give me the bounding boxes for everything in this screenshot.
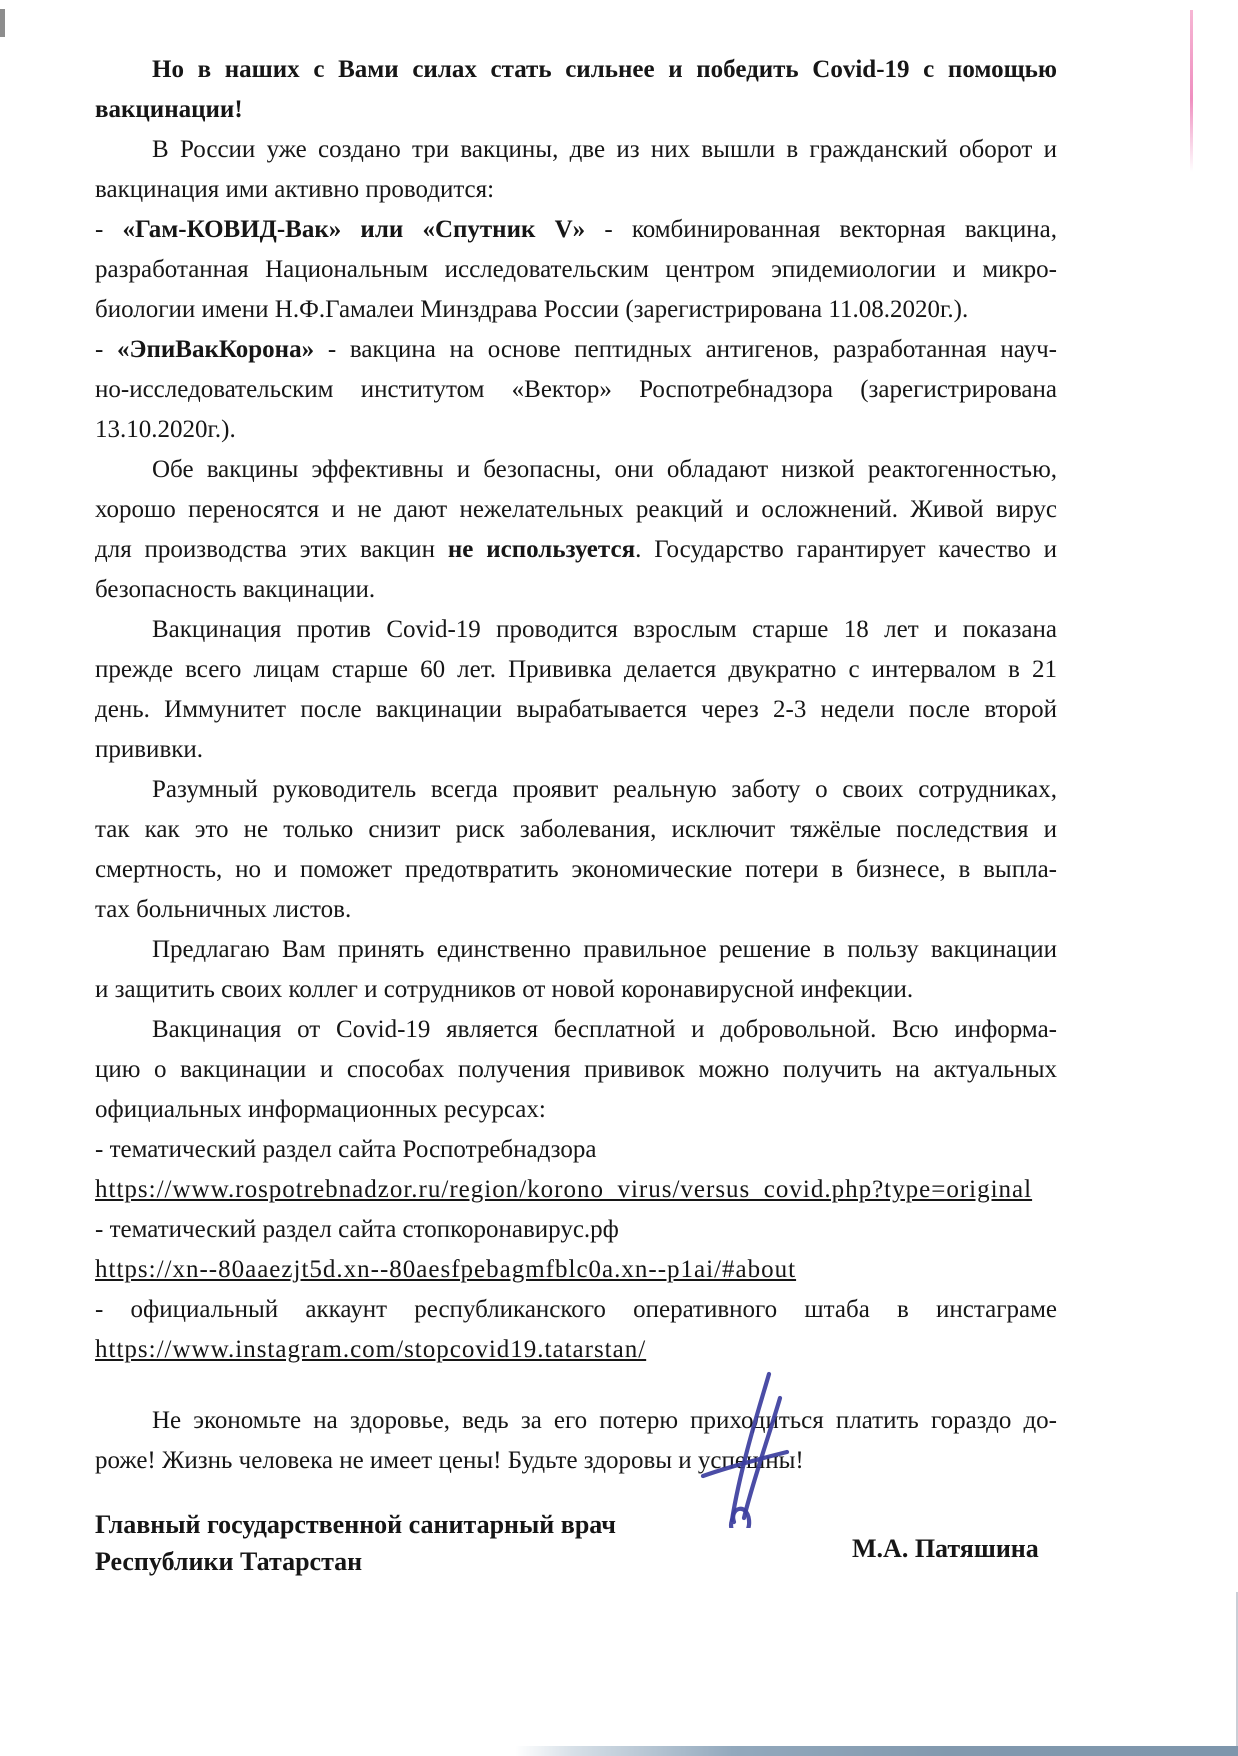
text-segment: - [95,336,117,363]
link-text[interactable]: https://www.instagram.com/stopcovid19.ta… [95,1336,646,1363]
signatory-title: Главный государственной санитарный врач … [95,1506,616,1580]
text-line: прежде всего лицам старше 60 лет. Привив… [95,650,1057,690]
text-segment: прививки. [95,736,203,763]
text-segment: «Гам-КОВИД-Вак» или «Спутник V» [123,216,586,243]
link-text[interactable]: https://xn--80aaezjt5d.xn--80aesfpebagmf… [95,1256,796,1283]
text-segment: - вакцина на основе пептидных антигенов,… [314,336,1057,363]
text-line: - тематический раздел сайта стопкоронави… [95,1210,1057,1250]
text-line: вакцинация ими активно проводится: [95,170,1057,210]
text-segment: и защитить своих коллег и сотрудников от… [95,976,913,1003]
text-segment: хорошо переносятся и не дают нежелательн… [95,496,1057,523]
text-segment: разработанная Национальным исследователь… [95,256,1057,283]
text-segment: для производства этих вакцин [95,536,448,563]
text-line: 13.10.2020г.). [95,410,1057,450]
text-segment: так как это не только снизит риск заболе… [95,816,1057,843]
text-segment: но-исследовательским институтом «Вектор»… [95,376,1057,403]
text-line: и защитить своих коллег и сотрудников от… [95,970,1057,1010]
text-line: безопасность вакцинации. [95,570,1057,610]
text-line: - тематический раздел сайта Роспотребнад… [95,1130,1057,1170]
text-segment: «ЭпиВакКорона» [117,336,314,363]
text-segment: - [95,216,123,243]
signatory-name: М.А. Патяшина [852,1534,1039,1564]
text-segment: тах больничных листов. [95,896,351,923]
text-line: так как это не только снизит риск заболе… [95,810,1057,850]
text-segment: смертность, но и поможет предотвратить э… [95,856,1057,883]
text-segment: безопасность вакцинации. [95,576,375,603]
text-segment: Предлагаю Вам принять единственно правил… [152,936,1057,963]
text-segment: 13.10.2020г.). [95,416,236,443]
text-line: Обе вакцины эффективны и безопасны, они … [95,450,1057,490]
text-segment: биологии имени Н.Ф.Гамалеи Минздрава Рос… [95,296,968,323]
text-line: Вакцинация от Covid-19 является бесплатн… [95,1010,1057,1050]
text-segment: вакцинации! [95,96,243,123]
text-line: цию о вакцинации и способах получения пр… [95,1050,1057,1090]
text-line: смертность, но и поможет предотвратить э… [95,850,1057,890]
text-line: В России уже создано три вакцины, две из… [95,130,1057,170]
text-segment: Разумный руководитель всегда проявит реа… [152,776,1057,803]
text-line: - «ЭпиВакКорона» - вакцина на основе пеп… [95,330,1057,370]
text-segment: - тематический раздел сайта Роспотребнад… [95,1136,596,1163]
text-segment: . Государство гарантирует качество и [635,536,1057,563]
text-line: разработанная Национальным исследователь… [95,250,1057,290]
text-segment: цию о вакцинации и способах получения пр… [95,1056,1057,1083]
text-line: для производства этих вакцин не использу… [95,530,1057,570]
handwritten-signature [685,1368,815,1528]
text-line: хорошо переносятся и не дают нежелательн… [95,490,1057,530]
text-segment: Вакцинация от Covid-19 является бесплатн… [152,1016,1057,1043]
signatory-title-line2: Республики Татарстан [95,1543,616,1580]
link-text[interactable]: https://www.rospotrebnadzor.ru/region/ko… [95,1176,1032,1203]
text-line: официальных информационных ресурсах: [95,1090,1057,1130]
link-rospotrebnadzor[interactable]: https://www.rospotrebnadzor.ru/region/ko… [95,1170,1057,1210]
document-body: Но в наших с Вами силах стать сильнее и … [95,50,1057,1481]
text-line: Не экономьте на здоровье, ведь за его по… [95,1401,1057,1441]
text-line: день. Иммунитет после вакцинации вырабат… [95,690,1057,730]
text-line: биологии имени Н.Ф.Гамалеи Минздрава Рос… [95,290,1057,330]
text-segment: не используется [448,536,635,563]
spacer [95,1370,1057,1401]
text-line: прививки. [95,730,1057,770]
text-segment: - официальный аккаунт республиканского о… [95,1296,1057,1323]
scan-artifact-bottom-bar [515,1746,1238,1756]
text-line: вакцинации! [95,90,1057,130]
text-segment: день. Иммунитет после вакцинации вырабат… [95,696,1057,723]
text-segment: - комбинированная векторная вакцина, [585,216,1057,243]
text-line: Разумный руководитель всегда проявит реа… [95,770,1057,810]
text-segment: Не экономьте на здоровье, ведь за его по… [152,1407,1057,1434]
text-segment: официальных информационных ресурсах: [95,1096,546,1123]
text-line: Но в наших с Вами силах стать сильнее и … [95,50,1057,90]
text-line: но-исследовательским институтом «Вектор»… [95,370,1057,410]
text-line: - официальный аккаунт республиканского о… [95,1290,1057,1330]
text-segment: вакцинация ими активно проводится: [95,176,494,203]
scan-artifact-gray-notch [0,9,5,37]
text-segment: прежде всего лицам старше 60 лет. Привив… [95,656,1057,683]
scan-artifact-pink-line [1190,10,1193,172]
link-stopcoronavirus[interactable]: https://xn--80aaezjt5d.xn--80aesfpebagmf… [95,1250,1057,1290]
link-instagram-stopcovid19[interactable]: https://www.instagram.com/stopcovid19.ta… [95,1330,1057,1370]
text-line: Вакцинация против Covid-19 проводится вз… [95,610,1057,650]
text-line: Предлагаю Вам принять единственно правил… [95,930,1057,970]
text-line: тах больничных листов. [95,890,1057,930]
text-segment: - тематический раздел сайта стопкоронави… [95,1216,619,1243]
text-segment: Обе вакцины эффективны и безопасны, они … [152,456,1057,483]
signatory-title-line1: Главный государственной санитарный врач [95,1506,616,1543]
document-page: Но в наших с Вами силах стать сильнее и … [0,0,1238,1756]
text-segment: В России уже создано три вакцины, две из… [152,136,1057,163]
text-line: роже! Жизнь человека не имеет цены! Будь… [95,1441,1057,1481]
text-line: - «Гам-КОВИД-Вак» или «Спутник V» - комб… [95,210,1057,250]
text-segment: Вакцинация против Covid-19 проводится вз… [152,616,1057,643]
text-segment: Но в наших с Вами силах стать сильнее и … [152,56,1057,83]
